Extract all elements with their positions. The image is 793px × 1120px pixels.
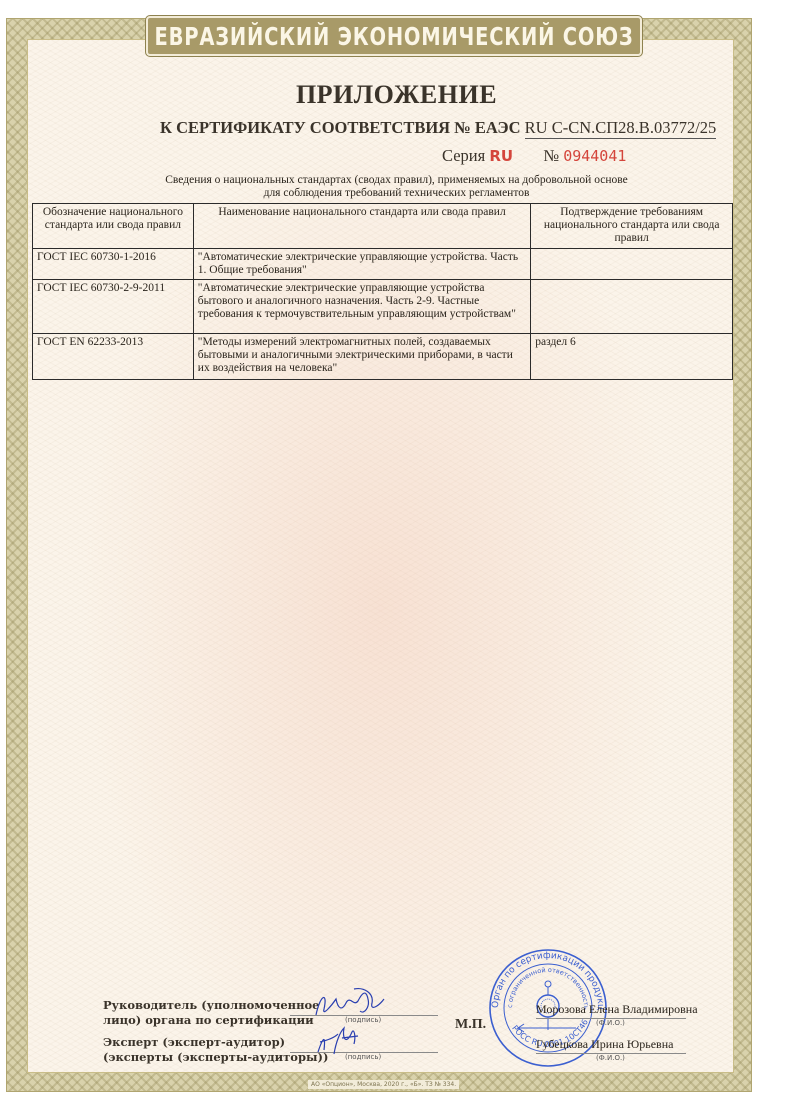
header-banner: ЕВРАЗИЙСКИЙ ЭКОНОМИЧЕСКИЙ СОЮЗ	[146, 16, 642, 56]
expert-label-line-1: Эксперт (эксперт-аудитор)	[103, 1035, 328, 1050]
standards-table: Обозначение национального стандарта или …	[32, 203, 733, 380]
head-name: Морозова Елена Владимировна	[536, 1002, 698, 1017]
cell-confirmation	[531, 280, 733, 334]
expert-label: Эксперт (эксперт-аудитор) (эксперты (экс…	[103, 1035, 328, 1065]
series-label: Серия	[442, 146, 485, 165]
form-number: 0944041	[563, 147, 626, 165]
table-row: ГОСТ EN 62233-2013 "Методы измерений эле…	[33, 334, 733, 380]
cell-designation: ГОСТ IEC 60730-2-9-2011	[33, 280, 194, 334]
seal-label: М.П.	[455, 1017, 486, 1033]
expert-name: Губецкова Ирина Юрьевна	[536, 1037, 673, 1052]
column-header-designation: Обозначение национального стандарта или …	[33, 204, 194, 249]
head-label: Руководитель (уполномоченное лицо) орган…	[103, 998, 320, 1028]
column-header-name: Наименование национального стандарта или…	[193, 204, 530, 249]
cell-confirmation: раздел 6	[531, 334, 733, 380]
intro-line-1: Сведения о национальных стандартах (свод…	[0, 174, 793, 187]
head-signature	[310, 985, 390, 1023]
table-header-row: Обозначение национального стандарта или …	[33, 204, 733, 249]
cell-designation: ГОСТ IEC 60730-1-2016	[33, 249, 194, 280]
cell-confirmation	[531, 249, 733, 280]
cell-designation: ГОСТ EN 62233-2013	[33, 334, 194, 380]
cell-name: "Автоматические электрические управляющи…	[193, 249, 530, 280]
certificate-reference: К СЕРТИФИКАТУ СООТВЕТСТВИЯ № ЕАЭС RU C-C…	[160, 118, 716, 138]
head-label-line-1: Руководитель (уполномоченное	[103, 998, 320, 1013]
expert-signature	[312, 1022, 362, 1060]
printer-imprint: АО «Опцион», Москва, 2020 г., «Б». ТЗ № …	[308, 1080, 459, 1089]
series-line: Серия RU № 0944041	[442, 146, 626, 166]
certificate-number: RU C-CN.СП28.B.03772/25	[525, 118, 717, 139]
intro-text: Сведения о национальных стандартах (свод…	[0, 174, 793, 200]
table-row: ГОСТ IEC 60730-2-9-2011 "Автоматические …	[33, 280, 733, 334]
certificate-prefix: К СЕРТИФИКАТУ СООТВЕТСТВИЯ № ЕАЭС	[160, 118, 521, 137]
series-value: RU	[489, 147, 513, 165]
table-row: ГОСТ IEC 60730-1-2016 "Автоматические эл…	[33, 249, 733, 280]
column-header-confirmation: Подтверждение требованиям национального …	[531, 204, 733, 249]
page-title: ПРИЛОЖЕНИЕ	[0, 80, 793, 110]
head-fio-caption: (Ф.И.О.)	[596, 1019, 625, 1027]
number-label: №	[543, 146, 559, 165]
expert-fio-caption: (Ф.И.О.)	[596, 1054, 625, 1062]
head-label-line-2: лицо) органа по сертификации	[103, 1013, 320, 1028]
cell-name: "Автоматические электрические управляющи…	[193, 280, 530, 334]
intro-line-2: для соблюдения требований технических ре…	[0, 187, 793, 200]
cell-name: "Методы измерений электромагнитных полей…	[193, 334, 530, 380]
banner-text: ЕВРАЗИЙСКИЙ ЭКОНОМИЧЕСКИЙ СОЮЗ	[155, 22, 634, 51]
